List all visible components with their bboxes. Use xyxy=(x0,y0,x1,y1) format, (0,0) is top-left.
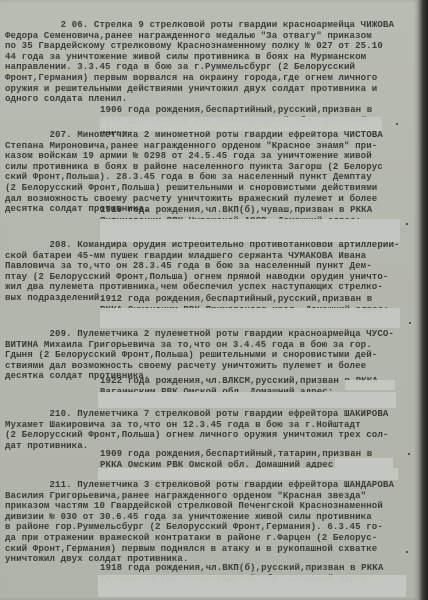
bio-text-line: 1918 года рождения,чл.ВКП(б),русский,при… xyxy=(100,563,383,574)
entry-text-line: 211. Пулеметчика 3 стрелковой роты гвард… xyxy=(5,480,410,491)
award-entry-206: 2 06. Стрелка 9 стрелковой роты гвардии … xyxy=(5,20,410,105)
redacted-address-box xyxy=(98,468,398,480)
redacted-address-box xyxy=(98,575,406,597)
paper-speck xyxy=(406,223,408,225)
paper-speck xyxy=(396,123,398,125)
bio-text-line: 1909 года рождения,беспартийный,татарин,… xyxy=(100,449,372,460)
entry-text-line: Фронт,Германия) первым ворвался на окраи… xyxy=(5,73,410,84)
redacted-address-box xyxy=(345,380,395,390)
paper-speck xyxy=(408,453,410,455)
bio-text-line: 1912 года рождения,беспартийный,русский,… xyxy=(100,294,389,305)
bio-text-line: 1922 года рождения,чл.ВЛКСМ,русский,приз… xyxy=(100,376,378,387)
entry-bio-210: 1909 года рождения,беспартийный,татарин,… xyxy=(100,449,372,470)
entry-text-line: (2 Белорусский Фронт,Польша) решительным… xyxy=(5,183,410,194)
bio-text-line: 1919 года рождения,чл.ВКП(б),чуваш,призв… xyxy=(100,205,372,216)
entry-text-line: да при отражении вражеской контратаки в … xyxy=(5,533,410,544)
bio-text-line: 1906 года рождения,беспартийный,русский,… xyxy=(100,105,372,116)
award-entry-210: 210. Пулеметчика 7 стрелковой роты гвард… xyxy=(5,409,410,451)
redacted-address-box xyxy=(98,392,396,408)
redacted-address-box xyxy=(100,117,382,131)
document-page: 2 06. Стрелка 9 стрелковой роты гвардии … xyxy=(0,0,418,600)
paper-speck xyxy=(406,551,408,553)
paper-speck xyxy=(409,322,411,324)
award-entry-211: 211. Пулеметчика 3 стрелковой роты гвард… xyxy=(5,480,410,565)
award-entry-207: 207. Минометчика 2 минометной роты гвард… xyxy=(5,130,410,215)
entry-text-line: 210. Пулеметчика 7 стрелковой роты гвард… xyxy=(5,409,410,420)
entry-text-line: 207. Минометчика 2 минометной роты гвард… xyxy=(5,130,410,141)
redacted-address-box xyxy=(335,458,393,468)
redacted-address-box xyxy=(100,308,400,328)
entry-text-line: 209. Пулеметчика 2 пулеметной роты гвард… xyxy=(5,329,410,340)
scan-edge-shadow xyxy=(418,0,428,600)
entry-text-line: 2 06. Стрелка 9 стрелковой роты гвардии … xyxy=(5,20,410,31)
redacted-address-box xyxy=(100,219,400,242)
